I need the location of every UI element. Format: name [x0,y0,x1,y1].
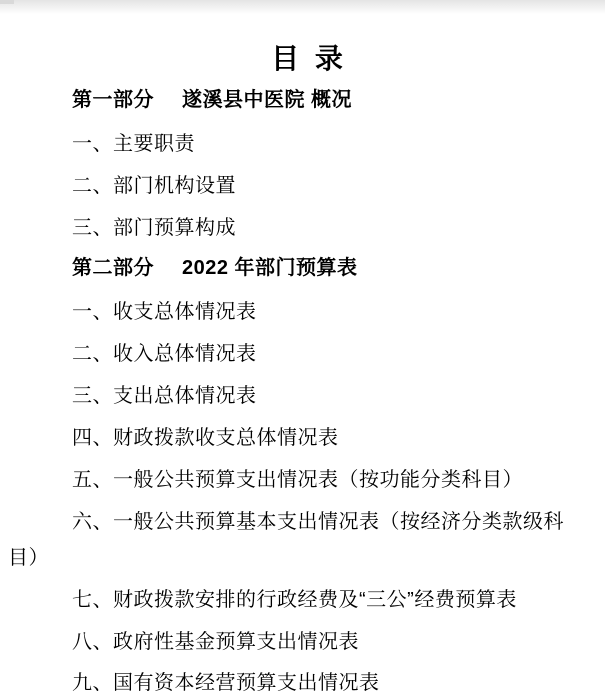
toc-item-admin-three-public-funds: 七、财政拨款安排的行政经费及“三公”经费预算表 [72,588,517,612]
section-heading-part1: 第一部分遂溪县中医院 概况 [72,88,352,112]
section-title: 遂溪县中医院 概况 [182,89,352,111]
toc-item-budget-composition: 三、部门预算构成 [72,216,236,240]
toc-item-expenditure-overview: 三、支出总体情况表 [72,384,257,408]
toc-title: 目 录 [0,42,605,76]
section-label: 第二部分 [72,257,154,279]
page-top-corner-shadow [0,0,14,4]
toc-item-major-duties: 一、主要职责 [72,132,195,156]
toc-item-basic-expenditure-line1: 六、一般公共预算基本支出情况表（按经济分类款级科 [72,510,564,534]
section-heading-part2: 第二部分2022 年部门预算表 [72,256,358,280]
toc-item-basic-expenditure-line2: 目） [8,546,49,570]
page-top-shadow [0,0,605,14]
section-label: 第一部分 [72,89,154,111]
section-title: 2022 年部门预算表 [182,257,358,279]
toc-item-org-structure: 二、部门机构设置 [72,174,236,198]
document-page: 目 录 第一部分遂溪县中医院 概况 一、主要职责 二、部门机构设置 三、部门预算… [0,0,605,699]
toc-item-state-capital-budget: 九、国有资本经营预算支出情况表 [72,671,380,695]
toc-item-general-public-budget-expenditure: 五、一般公共预算支出情况表（按功能分类科目） [72,468,523,492]
toc-item-government-fund-budget: 八、政府性基金预算支出情况表 [72,630,359,654]
toc-item-fiscal-appropriation-overview: 四、财政拨款收支总体情况表 [72,426,339,450]
toc-item-revenue-overview: 二、收入总体情况表 [72,342,257,366]
toc-item-revenue-expenditure-overview: 一、收支总体情况表 [72,300,257,324]
